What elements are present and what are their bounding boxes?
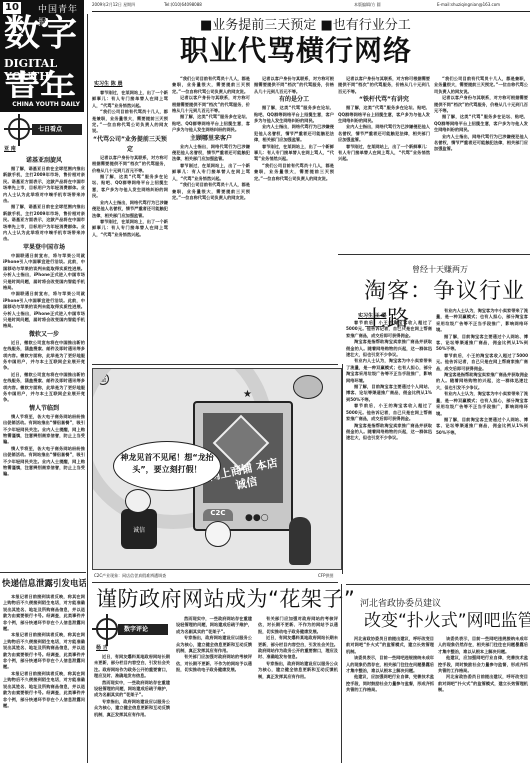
paragraph: 记者以客户身份与其联系，对方称可根据需要提供不同“档次”的代骂服务，价格从几十元… — [172, 95, 250, 114]
left-byline: 亚 南 — [4, 145, 16, 153]
paragraph: 然而现实中，一些政府网站存在重建设轻管理的问题，网站建成后疏于维护，成为名副其实… — [94, 680, 170, 699]
paragraph: 记者以客户身份与其联系，对方称可根据需要提供不同“档次”的代骂服务，价格从几十元… — [338, 76, 430, 95]
woman-figure — [289, 517, 311, 565]
subhead: “代骂公司”业务提前三天预定 — [92, 135, 168, 155]
left-column-briefs: 诺基亚刮旋风 据了解，诺基亚日前在全球范围内推出新款手机，主打2009年市场，售… — [3, 156, 85, 568]
section-masthead: 10 中国青年报 数字 DIGITAL YOUTH 青年 CHINA YOUTH… — [0, 0, 84, 112]
brief-body-cont: 情人节将至，各大电子商务网站纷纷推出促销活动。有网站推出“情侣套餐”，吸引不少年… — [3, 446, 85, 478]
gov-headline: 谨防政府网站成为“花架子” — [96, 586, 355, 612]
paragraph: 春节刚过，在某网站上，出了一个新鲜事儿：有人专门接单替人在网上骂人，“代骂”业务… — [172, 163, 250, 182]
paragraph: 业内人士指出，网络代骂行为已涉嫌侵犯他人名誉权，情节严重者还可能触犯法律，相关部… — [172, 144, 250, 163]
paragraph: 有业内人士认为，淘宝客为中小卖家带来了流量，是一种双赢模式；也有人担心，部分淘宝… — [436, 308, 528, 334]
main-headline: 职业代骂横行网络 — [180, 34, 412, 68]
paragraph: 有业内人士认为，淘宝客为中小卖家带来了流量，是一种双赢模式；也有人担心，部分淘宝… — [346, 358, 432, 384]
gov-col-2: 然而现实中，一些政府网站存在重建设轻管理的问题，网站建成后疏于维护，成为名副其实… — [176, 616, 252, 763]
paragraph: 专家指出，政府网站建设应以服务公众为核心，建立健全信息更新和互动反馈机制，真正发… — [258, 661, 338, 680]
brief-body-cont: 据了解，诺基亚日前在全球范围内推出新款手机，主打2009年市场，售价相对亲民。诺… — [3, 204, 85, 242]
paragraph: 专家指出，政府网站建设应以服务公众为核心，建立健全信息更新和互动反馈机制，真正发… — [176, 635, 252, 654]
paragraph: “我们公司目前有代骂员十几人，都是兼职，业务量很大，需要提前三天预定。”一位自称… — [434, 76, 528, 95]
gov-byline: 杨 吉 — [96, 644, 108, 652]
paragraph: 该委员表示，目前一些网吧违规接纳未成年人的现象仍然存在，相关部门往往在问题暴露后… — [438, 636, 528, 655]
main-col-5: “我们公司目前有代骂员十几人，都是兼职，业务量很大，需要提前三天预定。”一位自称… — [434, 76, 528, 248]
seller-head — [205, 521, 231, 547]
seven-day-highlights-banner: 七日看点 — [0, 118, 86, 140]
paragraph: 春节刚过，在某网站上，出了一个新鲜事儿：有人专门接单替人在网上骂人，“代骂”业务… — [254, 144, 334, 163]
paragraph: 据了解，这类“代骂”服务多在论坛、贴吧、QQ群等网络平台上招揽生意，客户多为与他… — [172, 114, 250, 133]
kicker-a: 业务提前三天预定 — [212, 18, 316, 33]
paragraph: 他建议，应加强网吧行业自律，完善技术监控手段，同时鼓励社会力量参与监督，形成齐抓… — [346, 674, 434, 693]
issue-date: 2009年2月12日 星期四 — [92, 0, 135, 10]
crosshair-icon — [96, 618, 118, 640]
paragraph: 春节刚过，在某网站上，出了一个新鲜事儿：有人专门接单替人在网上骂人，“代骂”业务… — [92, 90, 168, 109]
paragraph: 据了解，目前淘宝客主要通过个人网站、博客、论坛等渠道推广商品，佣金比例从1%到5… — [436, 334, 528, 353]
paragraph: 记者以客户身份与其联系，对方称可根据需要提供不同“档次”的代骂服务，价格从几十元… — [92, 155, 168, 174]
main-col-2: “我们公司目前有代骂员十几人，都是兼职，业务量很大，需要提前三天预定。”一位自称… — [172, 76, 250, 360]
paragraph: 本报记者日前接到读者反映，称其在网上购物后不久便接到陌生电话，对方能准确说出其姓… — [3, 632, 85, 670]
brief-title: 微软又一步 — [3, 330, 85, 340]
paragraph: 淘宝客是指帮助淘宝卖家推广商品并获取佣金的人。随着网络购物的兴起，这一群体迅速壮… — [346, 423, 432, 442]
digital-commentary-banner: 数字评论 — [92, 618, 170, 640]
taoke-col-1: 春节前后，小王的淘宝客收入超过了5000元。他告诉记者，自己只是在网上帮商家推广… — [346, 320, 432, 572]
netbar-col-1: 河北省政协委员日前提出建议，呼吁改变目前对网吧“扑火式”的监管模式，建立长效管理… — [346, 636, 434, 763]
paragraph: “我们公司目前有代骂员十几人，都是兼职，业务量很大，需要提前三天预定。”一位自称… — [172, 76, 250, 95]
brief-body-cont: 近日，微软公司宣布将在中国推出新的在线服务，涵盖搜索、邮件及即时通讯等多项内容。… — [3, 372, 85, 404]
section-title-line1: 数字 — [4, 14, 78, 54]
column-rule — [341, 584, 342, 763]
paragraph: 据了解，目前淘宝客主要通过个人网站、博客、论坛等渠道推广商品，佣金比例从1%到5… — [436, 417, 528, 436]
gov-col-1: 近日，有网友爆料某地政府网站长期未更新，部分栏目内容空白，引发社会关注。政府网站… — [94, 654, 170, 763]
paragraph: 春节前后，小王的淘宝客收入超过了5000元。他告诉记者，自己只是在网上帮商家推广… — [346, 403, 432, 422]
paragraph: 他建议，应加强网吧行业自律，完善技术监控手段，同时鼓励社会力量参与监督，形成齐抓… — [438, 655, 528, 674]
contact-email: E-mail:shuziqingnian@163.com — [437, 0, 500, 10]
divider — [338, 254, 530, 255]
divider — [0, 572, 86, 573]
paragraph: 春节前后，小王的淘宝客收入超过了5000元。他告诉记者，自己只是在网上帮商家推广… — [346, 320, 432, 339]
gov-col-3: 有关部门应加强对政府网站的考核评估，对长期不更新、不作为的网站予以通报，切实推动… — [258, 616, 338, 763]
paragraph: 近日，有网友爆料某地政府网站长期未更新，部分栏目内容空白，引发社会关注。政府网站… — [258, 635, 338, 661]
crosshair-icon — [8, 118, 30, 140]
brief-body: 近日，微软公司宣布将在中国推出新的在线服务，涵盖搜索、邮件及即时通讯等多项内容。… — [3, 340, 85, 372]
main-kicker: ■业务提前三天预定 ■也有行业分工 — [200, 14, 411, 33]
section-tag: 七日看点 — [32, 124, 82, 135]
kicker-b: 也有行业分工 — [333, 18, 411, 33]
observer-figure — [293, 375, 323, 399]
taoke-col-2: 有业内人士认为，淘宝客为中小卖家带来了流量，是一种双赢模式；也有人担心，部分淘宝… — [436, 308, 528, 572]
taoke-kicker: 曾经十天赚两万 — [412, 264, 468, 275]
paragraph: 春节前后，小王的淘宝客收入超过了5000元。他告诉记者，自己只是在网上帮商家推广… — [436, 353, 528, 372]
paragraph: 据了解，这类“代骂”服务多在论坛、贴吧、QQ群等网络平台上招揽生意，客户多为与他… — [254, 105, 334, 124]
divider — [92, 364, 338, 365]
paragraph: 记者以客户身份与其联系，对方称可根据需要提供不同“档次”的代骂服务，价格从几十元… — [434, 95, 528, 114]
main-col-4: 记者以客户身份与其联系，对方称可根据需要提供不同“档次”的代骂服务，价格从几十元… — [338, 76, 430, 248]
paragraph: “我们公司目前有代骂员十几人，都是兼职，业务量很大，需要提前三天预定。”一位自称… — [92, 109, 168, 135]
paragraph: 有业内人士认为，淘宝客为中小卖家带来了流量，是一种双赢模式；也有人担心，部分淘宝… — [436, 391, 528, 417]
paragraph: 近日，有网友爆料某地政府网站长期未更新，部分栏目内容空白，引发社会关注。政府网站… — [94, 654, 170, 680]
paragraph: 河北省政协委员日前提出建议，呼吁改变目前对网吧“扑火式”的监管模式，建立长效管理… — [346, 636, 434, 655]
monitor-buttons: ●●○ — [245, 513, 269, 523]
editor-credit: 本版编辑/方 圆 — [354, 0, 381, 10]
left-bottom-headline: 快递信息泄露引发电话诈骗风波 — [2, 578, 86, 590]
brief-title: 情人节临到 — [3, 404, 85, 414]
main-col-1: 春节刚过，在某网站上，出了一个新鲜事儿：有人专门接单替人在网上骂人，“代骂”业务… — [92, 90, 168, 360]
phone-number: Tel:(010)64098088 — [164, 0, 202, 10]
paragraph: 河北省政协委员日前提出建议，呼吁改变目前对网吧“扑火式”的监管模式，建立长效管理… — [438, 674, 528, 693]
subhead: “铁杆代骂”有讲究 — [338, 95, 430, 105]
square-bullet-icon: ■ — [200, 18, 212, 33]
character-head — [125, 489, 151, 513]
editorial-cartoon: 盗 网上商铺 本店诚信 ●●○ 神龙见首不见尾！想“龙抬头”，要立刻打假！ 诚信… — [92, 368, 342, 570]
paragraph: 业内人士指出，网络代骂行为已涉嫌侵犯他人名誉权，情节严重者还可能触犯法律，相关部… — [338, 124, 430, 143]
paragraph: 本报记者日前接到读者反映，称其在网上购物后不久便接到陌生电话，对方能准确说出其姓… — [3, 671, 85, 709]
netbar-headline: 改变“扑火式”网吧监管模式 — [364, 610, 530, 632]
left-bottom-body: 本报记者日前接到读者反映，称其在网上购物后不久便接到陌生电话，对方能准确说出其姓… — [3, 594, 85, 763]
page-header-line: 2009年2月12日 星期四 Tel:(010)64098088 本版编辑/方 … — [92, 0, 530, 12]
paragraph: 据了解，这类“代骂”服务多在论坛、贴吧、QQ群等网络平台上招揽生意，客户多为与他… — [434, 114, 528, 133]
cartoon-credit: CFP供图 — [318, 573, 334, 579]
paragraph: 记者以客户身份与其联系，对方称可根据需要提供不同“档次”的代骂服务，价格从几十元… — [254, 76, 334, 95]
paragraph: 该委员表示，目前一些网吧违规接纳未成年人的现象仍然存在，相关部门往往在问题暴露后… — [346, 655, 434, 674]
section-tag: 数字评论 — [118, 624, 168, 635]
cartoon-caption: C2C产业现象：网店信誉真假难辨遭调查 — [94, 573, 166, 579]
brief-body: 中国联通日前宣布，将与苹果公司就iPhone引入中国事宜进行洽谈。此前，中国移动… — [3, 253, 85, 291]
paragraph: 业内人士指出，网络代骂行为已涉嫌侵犯他人名誉权，情节严重者还可能触犯法律，相关部… — [434, 134, 528, 153]
paragraph: 据了解，这类“代骂”服务多在论坛、贴吧、QQ群等网络平台上招揽生意，客户多为与他… — [92, 174, 168, 200]
paragraph: 然而现实中，一些政府网站存在重建设轻管理的问题，网站建成后疏于维护，成为名副其实… — [176, 616, 252, 635]
divider — [92, 582, 338, 583]
brief-title: 诺基亚刮旋风 — [3, 156, 85, 166]
brief-body: 据了解，诺基亚日前在全球范围内推出新款手机，主打2009年市场，售价相对亲民。诺… — [3, 166, 85, 204]
main-col-3: 记者以客户身份与其联系，对方称可根据需要提供不同“档次”的代骂服务，价格从几十元… — [254, 76, 334, 360]
netbar-col-2: 该委员表示，目前一些网吧违规接纳未成年人的现象仍然存在，相关部门往往在问题暴露后… — [438, 636, 528, 763]
brief-title: 苹果登中国市场 — [3, 243, 85, 253]
main-byline: 实习生 陈 晨 — [94, 80, 122, 88]
brief-body-cont: 中国联通日前宣布，将与苹果公司就iPhone引入中国事宜进行洽谈。此前，中国移动… — [3, 291, 85, 329]
paragraph: 春节刚过，在某网站上，出了一个新鲜事儿：有人专门接单替人在网上骂人，“代骂”业务… — [338, 144, 430, 163]
paragraph: 有关部门应加强对政府网站的考核评估，对长期不更新、不作为的网站予以通报，切实推动… — [258, 616, 338, 635]
paragraph: 业内人士指出，网络代骂行为已涉嫌侵犯他人名誉权，情节严重者还可能触犯法律，相关部… — [254, 124, 334, 143]
paragraph: 淘宝客是指帮助淘宝卖家推广商品并获取佣金的人。随着网络购物的兴起，这一群体迅速壮… — [436, 372, 528, 391]
paragraph: 据了解，这类“代骂”服务多在论坛、贴吧、QQ群等网络平台上招揽生意，客户多为与他… — [338, 105, 430, 124]
paragraph: 专家指出，政府网站建设应以服务公众为核心，建立健全信息更新和互动反馈机制，真正发… — [94, 699, 170, 718]
column-rule — [87, 14, 88, 763]
paragraph: 有关部门应加强对政府网站的考核评估，对长期不更新、不作为的网站予以通报，切实推动… — [176, 654, 252, 673]
paragraph: 本报记者日前接到读者反映，称其在网上购物后不久便接到陌生电话，对方能准确说出其姓… — [3, 594, 85, 632]
subhead: 主顾哪里来客户 — [172, 134, 250, 144]
taoke-byline: 实习生 王 璐 — [358, 312, 386, 320]
paragraph: 淘宝客是指帮助淘宝卖家推广商品并获取佣金的人。随着网络购物的兴起，这一群体迅速壮… — [346, 339, 432, 358]
column-rule — [342, 364, 343, 574]
divider — [346, 584, 530, 585]
speech-bubble: 神龙见首不见尾！想“龙抬头”，要立刻打假！ — [113, 441, 221, 491]
paragraph: 据了解，目前淘宝客主要通过个人网站、博客、论坛等渠道推广商品，佣金比例从1%到5… — [346, 384, 432, 403]
china-youth-daily-label: CHINA YOUTH DAILY — [0, 98, 84, 112]
character-shirt: 诚信 — [121, 509, 157, 549]
square-bullet-icon: ■ — [320, 18, 332, 33]
paragraph: 业内人士指出，网络代骂行为已涉嫌侵犯他人名誉权，情节严重者还可能触犯法律，相关部… — [92, 200, 168, 219]
paragraph: 春节刚过，在某网站上，出了一个新鲜事儿：有人专门接单替人在网上骂人，“代骂”业务… — [92, 219, 168, 238]
netbar-kicker: 河北省政协委员建议 — [360, 596, 441, 609]
subhead: 有的是分工 — [254, 95, 334, 105]
paragraph: “我们公司目前有代骂员十几人，都是兼职，业务量很大，需要提前三天预定。”一位自称… — [254, 163, 334, 182]
brief-body: 情人节将至，各大电子商务网站纷纷推出促销活动。有网站推出“情侣套餐”，吸引不少年… — [3, 414, 85, 446]
star-icon: ★ — [243, 389, 252, 400]
c2c-cap: C2C — [203, 509, 233, 521]
paragraph: “我们公司目前有代骂员十几人，都是兼职，业务量很大，需要提前三天预定。”一位自称… — [172, 182, 250, 201]
